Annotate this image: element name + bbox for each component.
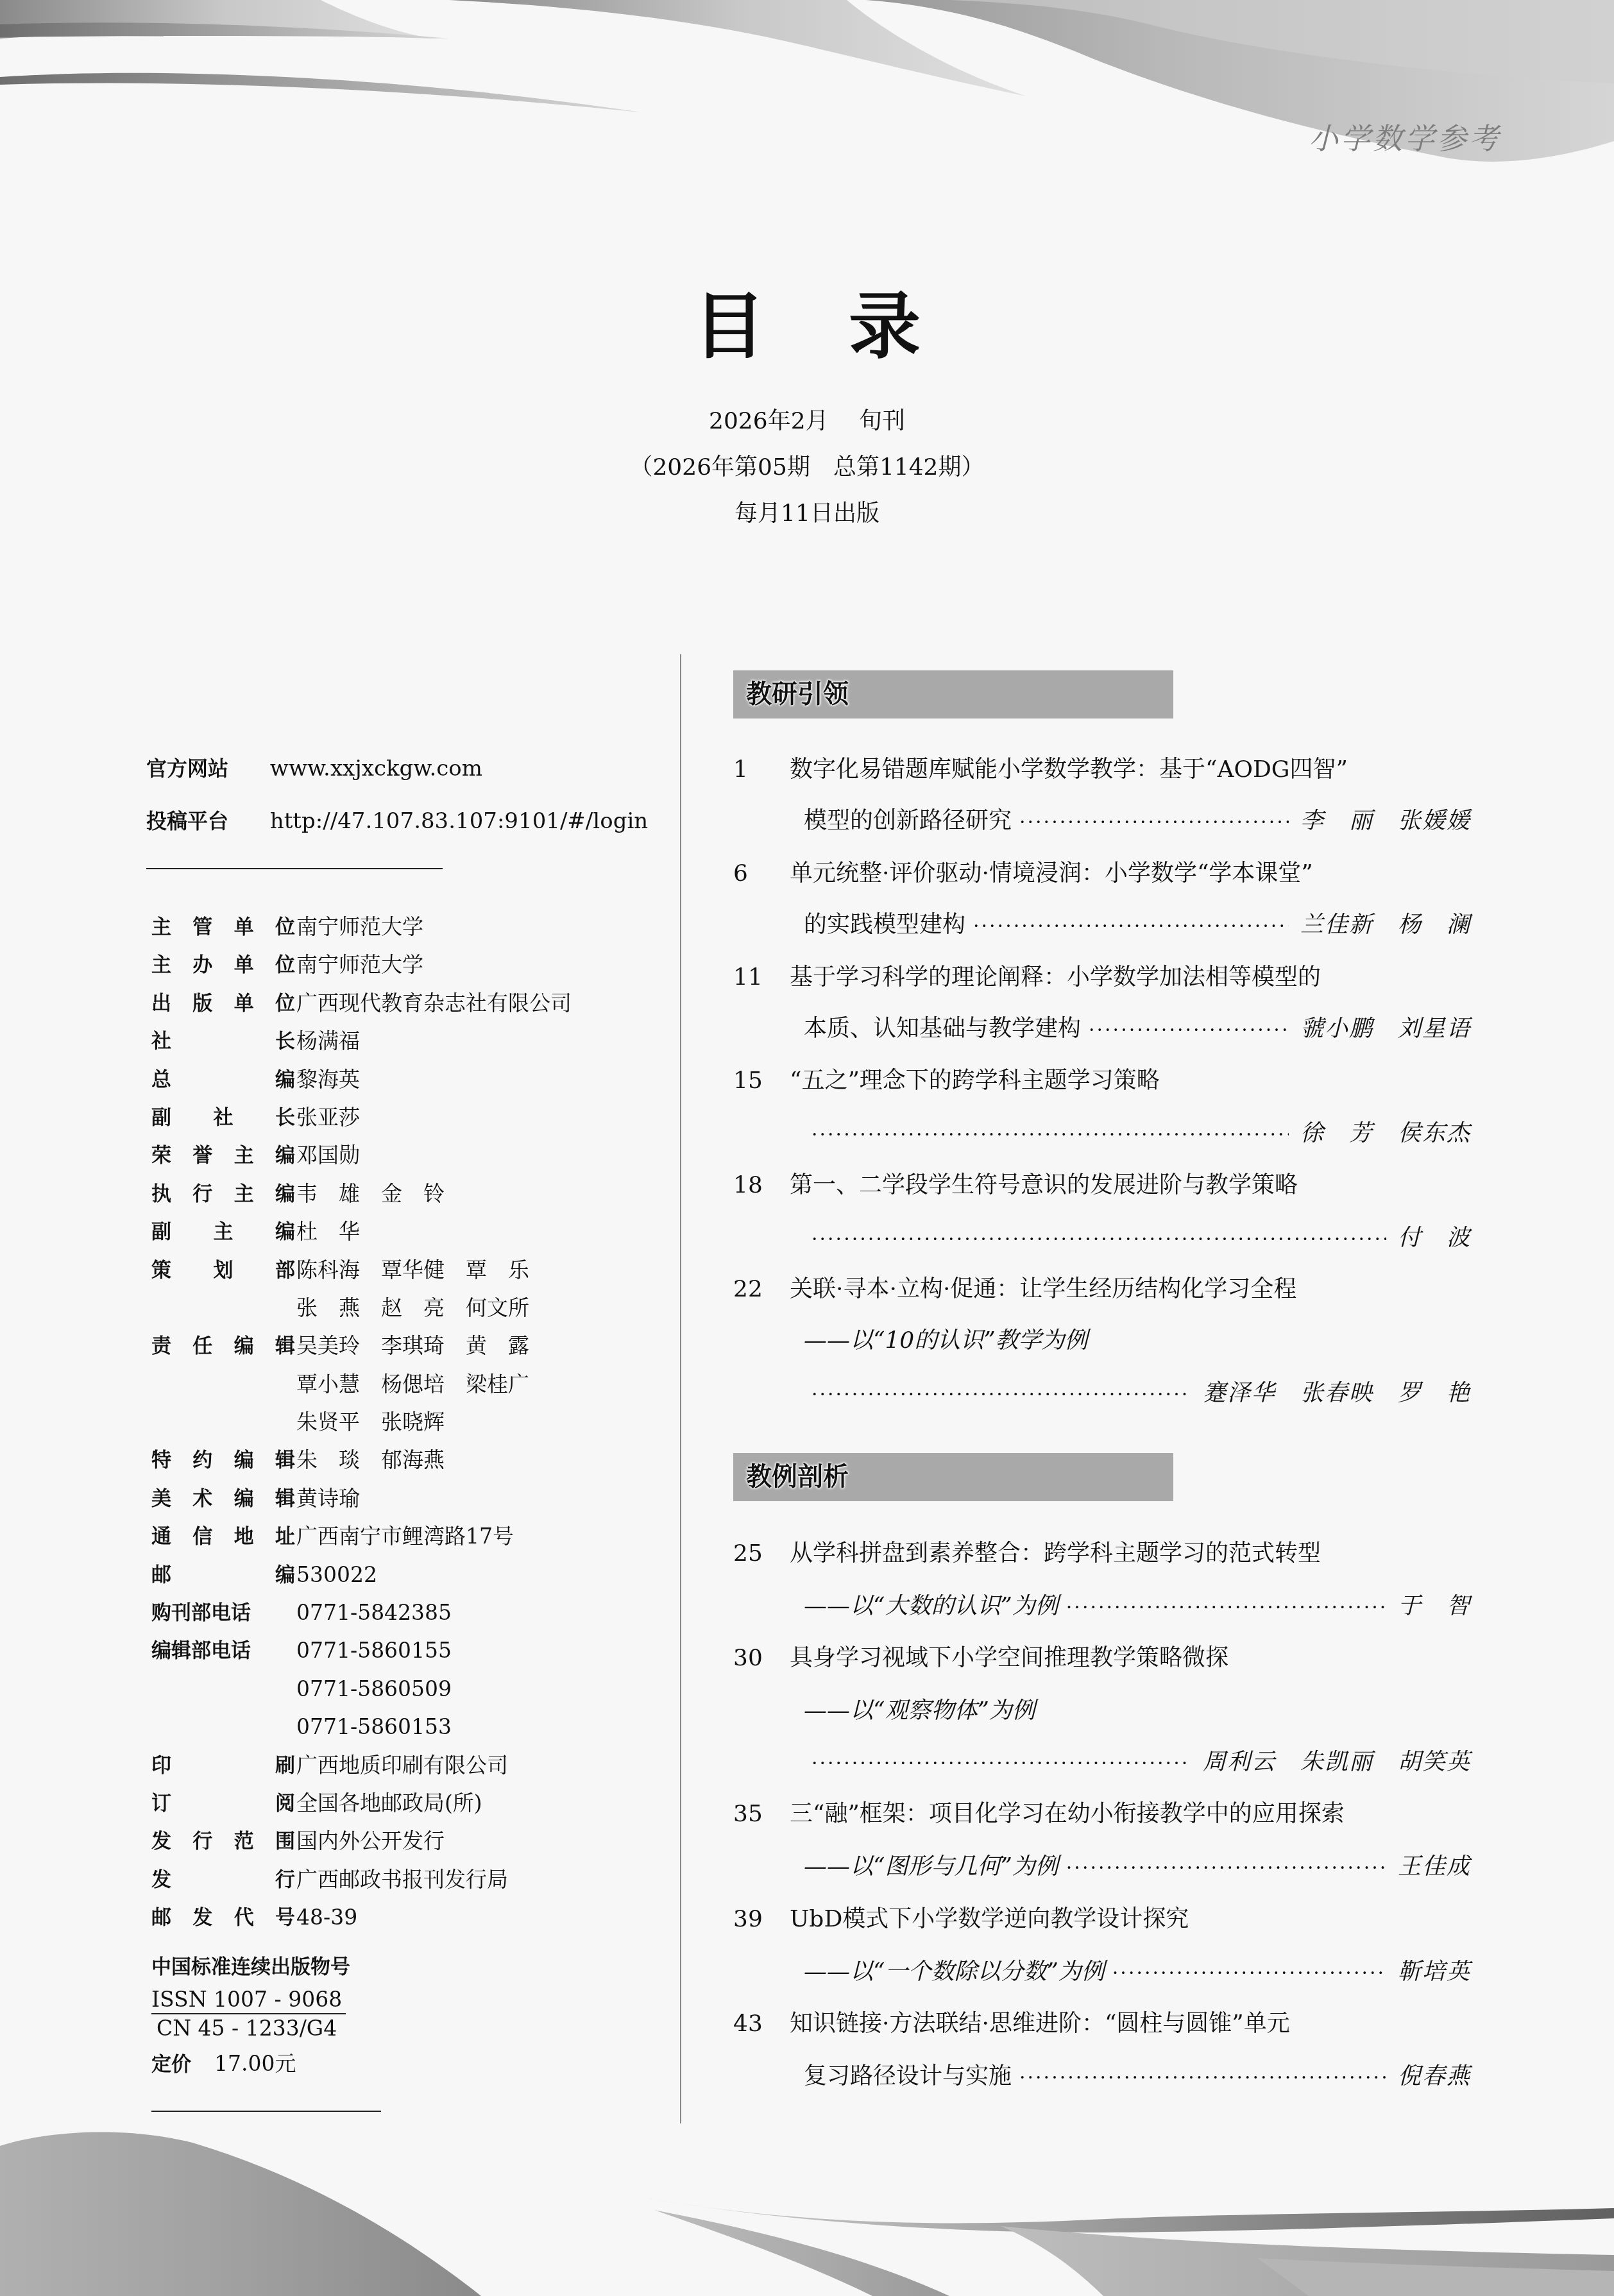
article-title: 基于学习科学的理论阐释：小学数学加法相等模型的 — [790, 964, 1321, 992]
leader-dots — [811, 1381, 1191, 1409]
masthead-row: 责任编辑吴美玲 李琪琦 黄 露 — [151, 1333, 665, 1371]
leader-dots — [1066, 1854, 1386, 1882]
leader-dots — [1066, 1594, 1386, 1622]
article-subtitle: ——以“一个数除以分数”为例 — [804, 1958, 1105, 1986]
toc-entry-authors[interactable]: 蹇泽华 张春映 罗 艳 — [804, 1379, 1471, 1409]
article-title: UbD模式下小学数学逆向教学设计探究 — [790, 1905, 1189, 1934]
journal-brand: 小学数学参考 — [1309, 115, 1501, 158]
standard-number-block: 中国标准连续出版物号 ISSN 1007 - 9068 CN 45 - 1233… — [151, 1950, 350, 2077]
toc-entry-subtitle[interactable]: ——以“图形与几何”为例王佳成 — [804, 1853, 1471, 1882]
article-authors: 于 智 — [1398, 1592, 1471, 1620]
article-title-continued: 复习路径设计与实施 — [804, 2062, 1012, 2091]
leader-dots — [811, 1121, 1289, 1149]
article-authors: 李 丽 张媛媛 — [1300, 807, 1471, 835]
masthead-label: 邮编 — [151, 1562, 296, 1588]
masthead-row: 0771-5860153 — [151, 1714, 665, 1752]
masthead-value: 杜 华 — [296, 1219, 665, 1245]
leader-dots — [973, 912, 1289, 940]
cn-number: CN 45 - 1233/G4 — [151, 2016, 350, 2041]
masthead-row: 编辑部电话0771-5860155 — [151, 1638, 665, 1676]
toc-entry-title[interactable]: 35三“融”框架：项目化学习在幼小衔接教学中的应用探索 — [733, 1800, 1471, 1828]
page-number: 39 — [733, 1905, 790, 1934]
issn: ISSN 1007 - 9068 — [151, 1987, 346, 2014]
masthead-row: 印刷广西地质印刷有限公司 — [151, 1753, 665, 1790]
section-heading: 教例剖析 — [733, 1453, 1173, 1501]
masthead-row: 发行广西邮政书报刊发行局 — [151, 1867, 665, 1905]
toc-entry-title[interactable]: 1数字化易错题库赋能小学数学教学：基于“AODG四智” — [733, 756, 1471, 784]
article-authors: 虢小鹏 刘星语 — [1300, 1015, 1471, 1043]
masthead-row: 策划部陈科海 覃华健 覃 乐 — [151, 1257, 665, 1295]
masthead-value: 48-39 — [296, 1905, 665, 1930]
masthead-value: 南宁师范大学 — [296, 914, 665, 940]
article-subtitle: ——以“10的认识”教学为例 — [804, 1327, 1088, 1355]
masthead-value: 国内外公开发行 — [296, 1828, 665, 1854]
toc-entry-title[interactable]: 25从学科拼盘到素养整合：跨学科主题学习的范式转型 — [733, 1540, 1471, 1568]
masthead-value: 吴美玲 李琪琦 黄 露 — [296, 1333, 665, 1359]
article-title: 具身学习视域下小学空间推理教学策略微探 — [790, 1644, 1228, 1672]
article-subtitle: ——以“大数的认识”为例 — [804, 1592, 1058, 1620]
leader-dots — [1019, 808, 1289, 837]
masthead-label: 发行范围 — [151, 1828, 296, 1854]
masthead-label: 发行 — [151, 1867, 296, 1892]
masthead-label: 出版单位 — [151, 991, 296, 1016]
masthead-row: 邮编530022 — [151, 1562, 665, 1600]
page-number: 6 — [733, 860, 790, 888]
masthead-row: 特约编辑朱 琰 郁海燕 — [151, 1447, 665, 1485]
article-title: 关联·寻本·立构·促通：让学生经历结构化学习全程 — [790, 1275, 1296, 1304]
divider-line — [151, 2111, 381, 2112]
article-title: 单元统整·评价驱动·情境浸润：小学数学“学本课堂” — [790, 860, 1313, 888]
toc-entry-title[interactable]: 11基于学习科学的理论阐释：小学数学加法相等模型的 — [733, 964, 1471, 992]
toc-entry-continuation[interactable]: 付 波 — [804, 1224, 1471, 1254]
leader-dots — [1019, 2064, 1386, 2092]
toc-entry-continuation[interactable]: 的实践模型建构兰佳新 杨 澜 — [804, 911, 1471, 940]
toc-entry-subtitle[interactable]: ——以“一个数除以分数”为例靳培英 — [804, 1958, 1471, 1987]
page-title: 目录 — [0, 269, 1614, 373]
masthead-row: 副社长张亚莎 — [151, 1105, 665, 1143]
article-title-continued: 本质、认知基础与教学建构 — [804, 1015, 1081, 1043]
submission-platform-link[interactable]: http://47.107.83.107:9101/#/login — [270, 808, 648, 834]
publish-day: 每月11日出版 — [0, 495, 1614, 528]
toc-entry-authors[interactable]: 周利云 朱凯丽 胡笑英 — [804, 1748, 1471, 1778]
masthead-label: 主管单位 — [151, 914, 296, 940]
article-title: 知识链接·方法联结·思维进阶：“圆柱与圆锥”单元 — [790, 2010, 1290, 2038]
article-subtitle: ——以“观察物体”为例 — [804, 1697, 1035, 1725]
masthead-label: 编辑部电话 — [151, 1638, 296, 1663]
masthead-value: 韦 雄 金 铃 — [296, 1181, 665, 1207]
leader-dots — [811, 1225, 1386, 1254]
article-title: 三“融”框架：项目化学习在幼小衔接教学中的应用探索 — [790, 1800, 1345, 1828]
issue-date: 2026年2月 旬刊 — [0, 403, 1614, 436]
masthead-row: 通信地址广西南宁市鲤湾路17号 — [151, 1524, 665, 1561]
toc-entry-title[interactable]: 6单元统整·评价驱动·情境浸润：小学数学“学本课堂” — [733, 860, 1471, 888]
toc-entry-title[interactable]: 43知识链接·方法联结·思维进阶：“圆柱与圆锥”单元 — [733, 2010, 1471, 2038]
masthead-row: 朱贤平 张晓辉 — [151, 1409, 665, 1447]
masthead-value: 南宁师范大学 — [296, 952, 665, 978]
masthead-label: 社长 — [151, 1028, 296, 1054]
toc-entry-title[interactable]: 18第一、二学段学生符号意识的发展进阶与教学策略 — [733, 1171, 1471, 1200]
masthead-value: 朱贤平 张晓辉 — [296, 1409, 665, 1435]
masthead-value: 0771-5860155 — [296, 1638, 665, 1663]
masthead-row: 邮发代号48-39 — [151, 1905, 665, 1943]
masthead-label: 执行主编 — [151, 1181, 296, 1207]
masthead-label: 副社长 — [151, 1105, 296, 1130]
masthead-label: 策划部 — [151, 1257, 296, 1283]
masthead-row: 总编黎海英 — [151, 1067, 665, 1105]
masthead-row: 荣誉主编邓国勋 — [151, 1143, 665, 1180]
divider-line — [146, 868, 443, 869]
masthead-value: 张亚莎 — [296, 1105, 665, 1130]
masthead-label: 主办单位 — [151, 952, 296, 978]
masthead-row: 社长杨满福 — [151, 1028, 665, 1066]
masthead-value: 杨满福 — [296, 1028, 665, 1054]
masthead-row: 主办单位南宁师范大学 — [151, 952, 665, 990]
masthead-label: 印刷 — [151, 1753, 296, 1778]
page-number: 18 — [733, 1171, 790, 1200]
standard-number-heading: 中国标准连续出版物号 — [151, 1950, 350, 1979]
toc-entry-title[interactable]: 22关联·寻本·立构·促通：让学生经历结构化学习全程 — [733, 1275, 1471, 1304]
page-number: 11 — [733, 964, 790, 992]
toc-entry-continuation[interactable]: 模型的创新路径研究李 丽 张媛媛 — [804, 807, 1471, 837]
leader-dots — [1112, 1959, 1386, 1987]
article-title: “五之”理念下的跨学科主题学习策略 — [790, 1067, 1160, 1095]
masthead-row: 副主编杜 华 — [151, 1219, 665, 1257]
article-title-continued: 的实践模型建构 — [804, 911, 965, 939]
page-number: 30 — [733, 1644, 790, 1672]
toc-entry-title[interactable]: 30具身学习视域下小学空间推理教学策略微探 — [733, 1644, 1471, 1672]
masthead: 主管单位南宁师范大学主办单位南宁师范大学出版单位广西现代教育杂志社有限公司社长杨… — [151, 914, 665, 1943]
article-authors: 蹇泽华 张春映 罗 艳 — [1203, 1379, 1471, 1407]
masthead-label: 总编 — [151, 1067, 296, 1093]
masthead-row: 发行范围国内外公开发行 — [151, 1828, 665, 1866]
toc-entry-subtitle[interactable]: ——以“观察物体”为例 — [804, 1697, 1471, 1725]
official-website-label: 官方网站 — [146, 753, 263, 782]
toc-entry-title[interactable]: 15“五之”理念下的跨学科主题学习策略 — [733, 1067, 1471, 1095]
toc-entry-title[interactable]: 39UbD模式下小学数学逆向教学设计探究 — [733, 1905, 1471, 1934]
masthead-value: 全国各地邮政局(所) — [296, 1790, 665, 1816]
masthead-label: 美术编辑 — [151, 1486, 296, 1511]
masthead-row: 出版单位广西现代教育杂志社有限公司 — [151, 991, 665, 1028]
article-authors: 王佳成 — [1398, 1853, 1471, 1881]
article-title: 从学科拼盘到素养整合：跨学科主题学习的范式转型 — [790, 1540, 1321, 1568]
masthead-row: 0771-5860509 — [151, 1676, 665, 1714]
toc-entry-continuation[interactable]: 本质、认知基础与教学建构虢小鹏 刘星语 — [804, 1015, 1471, 1044]
submission-platform-label: 投稿平台 — [146, 805, 263, 835]
submission-platform-row: 投稿平台 http://47.107.83.107:9101/#/login — [146, 805, 648, 835]
masthead-label: 副主编 — [151, 1219, 296, 1245]
masthead-value: 0771-5842385 — [296, 1600, 665, 1626]
article-subtitle: ——以“图形与几何”为例 — [804, 1853, 1058, 1881]
toc-entry-continuation[interactable]: 徐 芳 侯东杰 — [804, 1119, 1471, 1149]
masthead-value: 黎海英 — [296, 1067, 665, 1093]
article-authors: 倪春燕 — [1398, 2062, 1471, 2091]
masthead-value: 朱 琰 郁海燕 — [296, 1447, 665, 1473]
leader-dots — [1089, 1016, 1289, 1044]
masthead-value: 0771-5860509 — [296, 1676, 665, 1702]
masthead-row: 主管单位南宁师范大学 — [151, 914, 665, 952]
toc-entry-continuation[interactable]: 复习路径设计与实施倪春燕 — [804, 2062, 1471, 2092]
page-number: 43 — [733, 2010, 790, 2038]
section-heading: 教研引领 — [733, 670, 1173, 719]
masthead-value: 邓国勋 — [296, 1143, 665, 1168]
article-authors: 兰佳新 杨 澜 — [1300, 911, 1471, 939]
price-label: 定价 — [151, 2053, 191, 2076]
page-number: 15 — [733, 1067, 790, 1095]
masthead-value: 覃小慧 杨偲培 梁桂广 — [296, 1372, 665, 1397]
article-authors: 靳培英 — [1398, 1958, 1471, 1986]
masthead-row: 覃小慧 杨偲培 梁桂广 — [151, 1372, 665, 1409]
masthead-row: 张 燕 赵 亮 何文所 — [151, 1295, 665, 1333]
article-authors: 徐 芳 侯东杰 — [1300, 1119, 1471, 1148]
column-divider — [680, 654, 681, 2123]
masthead-value: 广西邮政书报刊发行局 — [296, 1867, 665, 1892]
official-website-link[interactable]: www.xxjxckgw.com — [270, 756, 482, 781]
masthead-label: 购刊部电话 — [151, 1600, 296, 1626]
article-authors: 周利云 朱凯丽 胡笑英 — [1203, 1748, 1471, 1776]
article-title: 第一、二学段学生符号意识的发展进阶与教学策略 — [790, 1171, 1298, 1200]
masthead-label: 荣誉主编 — [151, 1143, 296, 1168]
masthead-value: 0771-5860153 — [296, 1714, 665, 1740]
page-number: 35 — [733, 1800, 790, 1828]
masthead-label: 责任编辑 — [151, 1333, 296, 1359]
bottom-wave-decoration — [0, 2104, 1614, 2296]
masthead-row: 订阅全国各地邮政局(所) — [151, 1790, 665, 1828]
masthead-value: 张 燕 赵 亮 何文所 — [296, 1295, 665, 1321]
masthead-label: 通信地址 — [151, 1524, 296, 1549]
article-title: 数字化易错题库赋能小学数学教学：基于“AODG四智” — [790, 756, 1348, 784]
toc-entry-subtitle[interactable]: ——以“大数的认识”为例于 智 — [804, 1592, 1471, 1622]
masthead-label: 订阅 — [151, 1790, 296, 1816]
masthead-row: 美术编辑黄诗瑜 — [151, 1486, 665, 1524]
masthead-value: 广西地质印刷有限公司 — [296, 1753, 665, 1778]
masthead-row: 购刊部电话0771-5842385 — [151, 1600, 665, 1638]
leader-dots — [811, 1749, 1191, 1778]
masthead-row: 执行主编韦 雄 金 铃 — [151, 1181, 665, 1219]
price-row: 定价17.00元 — [151, 2047, 350, 2077]
page-number: 25 — [733, 1540, 790, 1568]
page-number: 22 — [733, 1275, 790, 1304]
masthead-value: 黄诗瑜 — [296, 1486, 665, 1511]
article-title-continued: 模型的创新路径研究 — [804, 807, 1012, 835]
masthead-value: 530022 — [296, 1562, 665, 1588]
article-authors: 付 波 — [1398, 1224, 1471, 1252]
price-value: 17.00元 — [214, 2051, 296, 2076]
official-website-row: 官方网站 www.xxjxckgw.com — [146, 753, 482, 782]
masthead-value: 广西现代教育杂志社有限公司 — [296, 991, 665, 1016]
page-number: 1 — [733, 756, 790, 784]
masthead-value: 陈科海 覃华健 覃 乐 — [296, 1257, 665, 1283]
toc-entry-subtitle[interactable]: ——以“10的认识”教学为例 — [804, 1327, 1471, 1355]
masthead-label: 特约编辑 — [151, 1447, 296, 1473]
issue-number: （2026年第05期 总第1142期） — [0, 449, 1614, 482]
masthead-value: 广西南宁市鲤湾路17号 — [296, 1524, 665, 1549]
masthead-label: 邮发代号 — [151, 1905, 296, 1930]
